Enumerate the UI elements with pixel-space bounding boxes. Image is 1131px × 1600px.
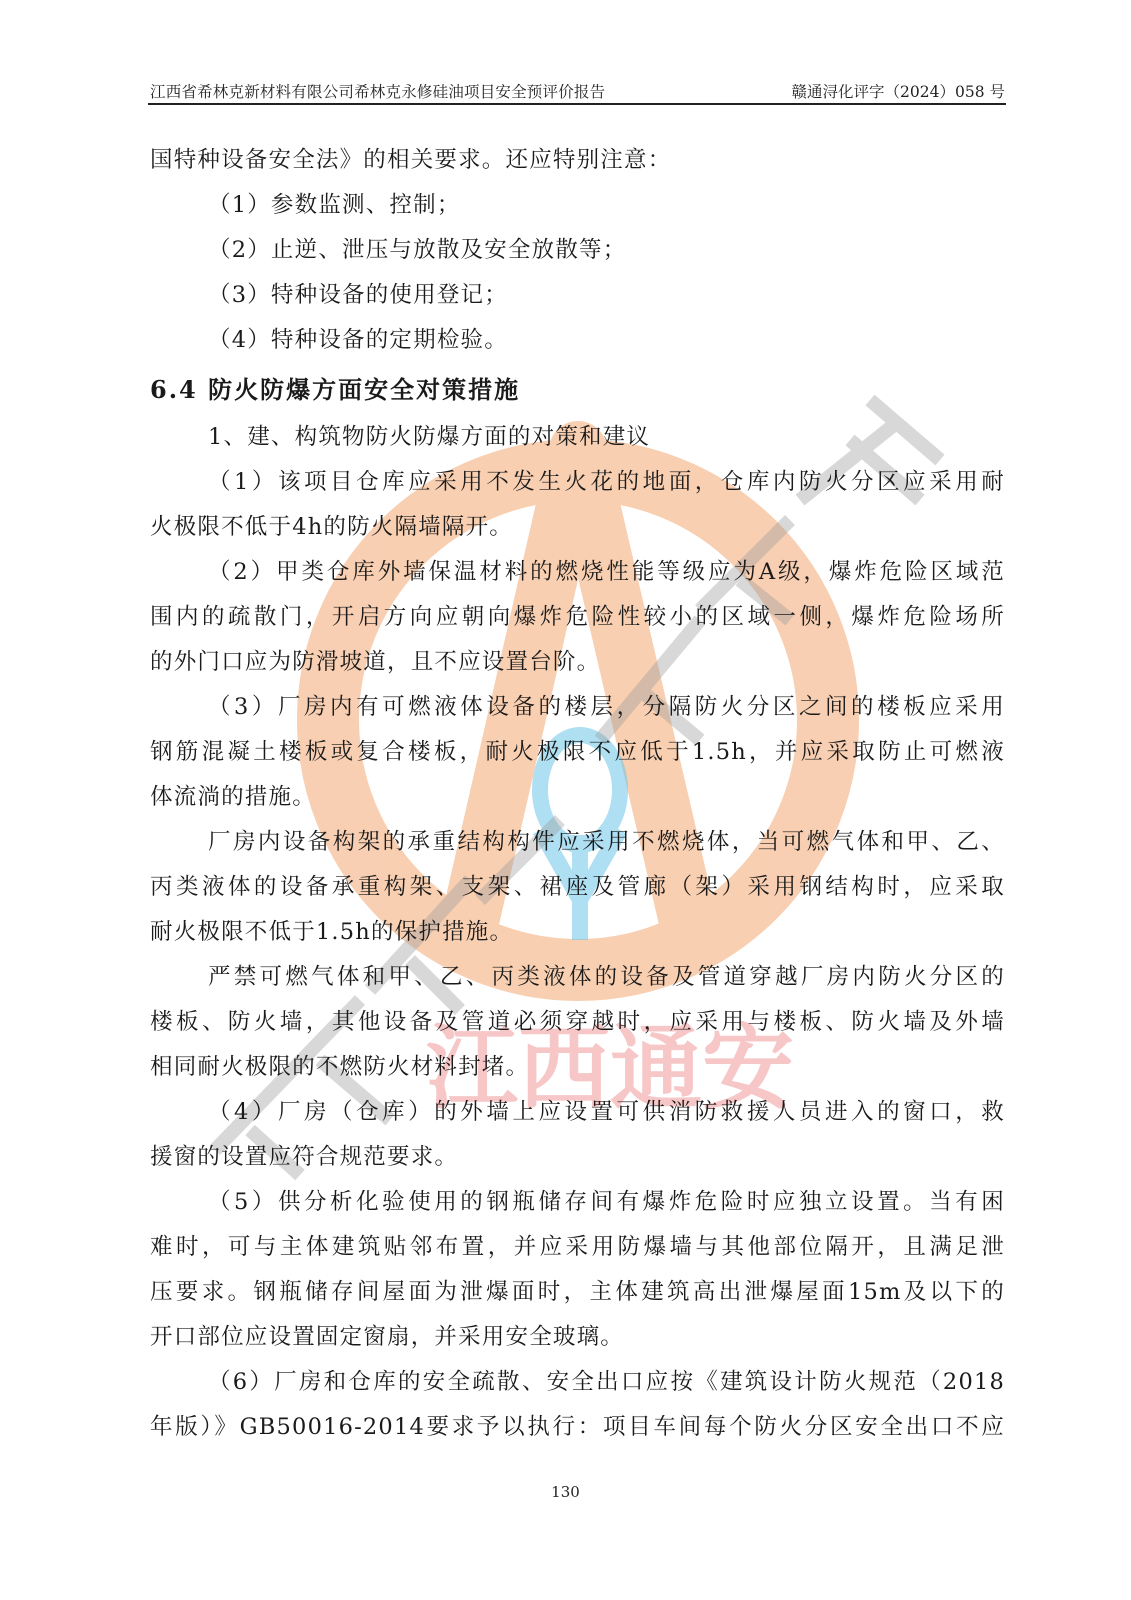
page-number: 130 — [0, 1483, 1131, 1501]
paragraph-line: 丙类液体的设备承重构架、支架、裙座及管廊（架）采用钢结构时，应采取 — [150, 865, 1005, 910]
paragraph: 厂房内设备构架的承重结构构件应采用不燃烧体，当可燃气体和甲、乙、 丙类液体的设备… — [150, 820, 1005, 955]
paragraph-line: 围内的疏散门，开启方向应朝向爆炸危险性较小的区域一侧，爆炸危险场所 — [150, 595, 1005, 640]
paragraph: （5）供分析化验使用的钢瓶储存间有爆炸危险时应独立设置。当有困 难时，可与主体建… — [150, 1180, 1005, 1360]
paragraph-line: 火极限不低于4h的防火隔墙隔开。 — [150, 505, 1005, 550]
note-item: （1）参数监测、控制； — [150, 183, 1005, 228]
report-number: 赣通浔化评字（2024）058 号 — [792, 80, 1005, 102]
note-item: （4）特种设备的定期检验。 — [150, 318, 1005, 363]
section-heading: 6.4 防火防爆方面安全对策措施 — [150, 365, 1005, 415]
paragraph-line: 严禁可燃气体和甲、乙、丙类液体的设备及管道穿越厂房内防火分区的 — [150, 955, 1005, 1000]
paragraph-line: （2）甲类仓库外墙保温材料的燃烧性能等级应为A级，爆炸危险区域范 — [150, 550, 1005, 595]
paragraph-line: 钢筋混凝土楼板或复合楼板，耐火极限不应低于1.5h，并应采取防止可燃液 — [150, 730, 1005, 775]
note-item: （3）特种设备的使用登记； — [150, 273, 1005, 318]
paragraph-line: 年版）》GB50016-2014要求予以执行：项目车间每个防火分区安全出口不应 — [150, 1405, 1005, 1450]
paragraph-line: 压要求。钢瓶储存间屋面为泄爆面时，主体建筑高出泄爆屋面15m及以下的 — [150, 1270, 1005, 1315]
paragraph: （4）厂房（仓库）的外墙上应设置可供消防救援人员进入的窗口，救 援窗的设置应符合… — [150, 1090, 1005, 1180]
paragraph-line: （4）厂房（仓库）的外墙上应设置可供消防救援人员进入的窗口，救 — [150, 1090, 1005, 1135]
page-body: 国特种设备安全法》的相关要求。还应特别注意： （1）参数监测、控制； （2）止逆… — [150, 138, 1005, 1450]
document-page: 江西通安 江西省希林克新材料有限公司希林克永修硅油项目安全预评价报告 赣通浔化评… — [0, 0, 1131, 1600]
paragraph: （6）厂房和仓库的安全疏散、安全出口应按《建筑设计防火规范（2018 年版）》G… — [150, 1360, 1005, 1450]
body-line: 国特种设备安全法》的相关要求。还应特别注意： — [150, 138, 1005, 183]
paragraph: （3）厂房内有可燃液体设备的楼层，分隔防火分区之间的楼板应采用 钢筋混凝土楼板或… — [150, 685, 1005, 820]
paragraph-line: （1）该项目仓库应采用不发生火花的地面，仓库内防火分区应采用耐 — [150, 460, 1005, 505]
paragraph-line: 厂房内设备构架的承重结构构件应采用不燃烧体，当可燃气体和甲、乙、 — [150, 820, 1005, 865]
report-title: 江西省希林克新材料有限公司希林克永修硅油项目安全预评价报告 — [150, 80, 605, 102]
subheading: 1、建、构筑物防火防爆方面的对策和建议 — [150, 415, 1005, 460]
paragraph-line: 开口部位应设置固定窗扇，并采用安全玻璃。 — [150, 1315, 1005, 1360]
paragraph: （1）该项目仓库应采用不发生火花的地面，仓库内防火分区应采用耐 火极限不低于4h… — [150, 460, 1005, 550]
running-header: 江西省希林克新材料有限公司希林克永修硅油项目安全预评价报告 赣通浔化评字（202… — [150, 80, 1005, 104]
paragraph-line: 的外门口应为防滑坡道，且不应设置台阶。 — [150, 640, 1005, 685]
paragraph: （2）甲类仓库外墙保温材料的燃烧性能等级应为A级，爆炸危险区域范 围内的疏散门，… — [150, 550, 1005, 685]
paragraph-line: 相同耐火极限的不燃防火材料封堵。 — [150, 1045, 1005, 1090]
paragraph: 严禁可燃气体和甲、乙、丙类液体的设备及管道穿越厂房内防火分区的 楼板、防火墙，其… — [150, 955, 1005, 1090]
paragraph-line: 楼板、防火墙，其他设备及管道必须穿越时，应采用与楼板、防火墙及外墙 — [150, 1000, 1005, 1045]
paragraph-line: 耐火极限不低于1.5h的保护措施。 — [150, 910, 1005, 955]
paragraph-line: （5）供分析化验使用的钢瓶储存间有爆炸危险时应独立设置。当有困 — [150, 1180, 1005, 1225]
paragraph-line: （3）厂房内有可燃液体设备的楼层，分隔防火分区之间的楼板应采用 — [150, 685, 1005, 730]
paragraph-line: 援窗的设置应符合规范要求。 — [150, 1135, 1005, 1180]
header-divider — [148, 103, 1006, 105]
paragraph-line: 体流淌的措施。 — [150, 775, 1005, 820]
paragraph-line: 难时，可与主体建筑贴邻布置，并应采用防爆墙与其他部位隔开，且满足泄 — [150, 1225, 1005, 1270]
paragraph-line: （6）厂房和仓库的安全疏散、安全出口应按《建筑设计防火规范（2018 — [150, 1360, 1005, 1405]
note-item: （2）止逆、泄压与放散及安全放散等； — [150, 228, 1005, 273]
